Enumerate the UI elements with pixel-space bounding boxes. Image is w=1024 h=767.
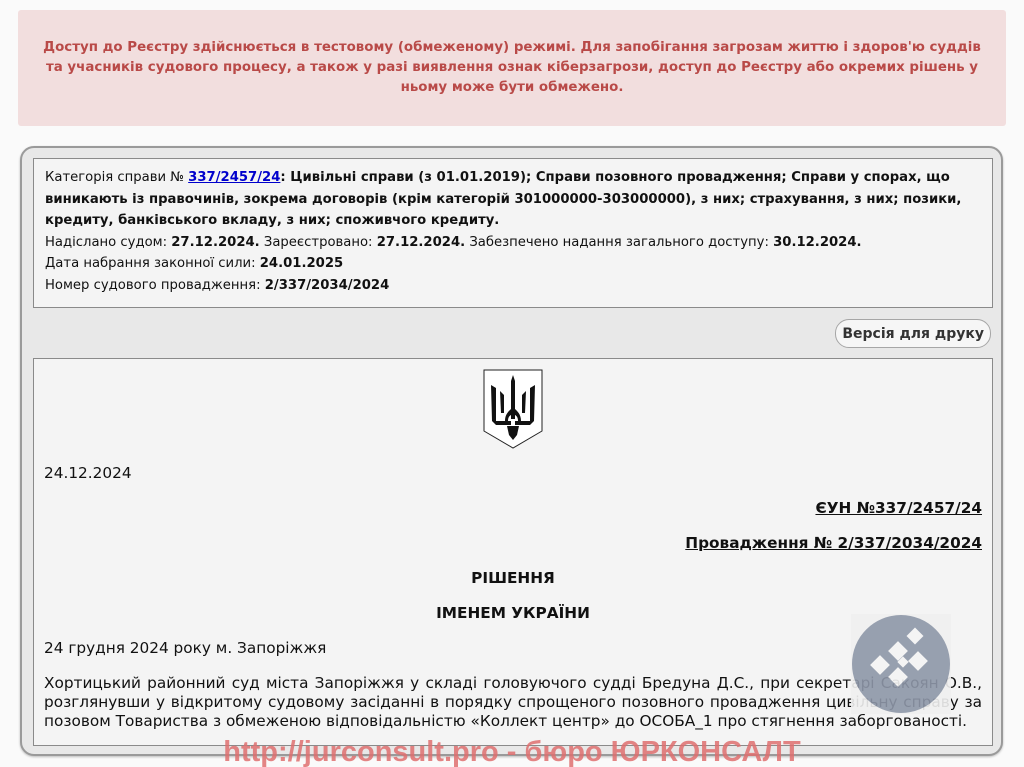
ukraine-coat-of-arms-icon [483,369,543,449]
decision-body: Хортицький районний суд міста Запоріжжя … [44,674,982,731]
decision-date: 24.12.2024 [44,464,982,483]
place-date: 24 грудня 2024 року м. Запоріжжя [44,639,982,658]
print-version-button[interactable]: Версія для друку [835,319,991,348]
case-category: Категорія справи № 337/2457/24: Цивільні… [45,167,981,232]
decision-title: РІШЕННЯ [44,569,982,588]
access-date: 30.12.2024. [773,235,861,250]
watermark-text: http://jurconsult.pro - бюро ЮРКОНСАЛТ [0,736,1024,767]
proceeding-title: Провадження № 2/337/2034/2024 [44,534,982,553]
effective-date-row: Дата набрання законної сили: 24.01.2025 [45,253,981,275]
proceeding-number: 2/337/2034/2024 [265,278,390,293]
decision-document: 24.12.2024 ЄУН №337/2457/24 Провадження … [33,358,993,746]
registered-date: 27.12.2024. [377,235,465,250]
effective-date: 24.01.2025 [260,256,343,271]
decision-subtitle: ІМЕНЕМ УКРАЇНИ [44,604,982,623]
case-info-panel: Категорія справи № 337/2457/24: Цивільні… [33,158,993,308]
case-number-link[interactable]: 337/2457/24 [188,170,280,185]
stamp-seal-icon [851,614,951,714]
access-notice-text: Доступ до Реєстру здійснюється в тестово… [36,38,988,98]
sent-date: 27.12.2024. [171,235,259,250]
proceeding-number-row: Номер судового провадження: 2/337/2034/2… [45,275,981,297]
case-dates: Надіслано судом: 27.12.2024. Зареєстрова… [45,232,981,254]
eun-number: ЄУН №337/2457/24 [44,499,982,518]
access-notice-banner: Доступ до Реєстру здійснюється в тестово… [18,10,1006,126]
